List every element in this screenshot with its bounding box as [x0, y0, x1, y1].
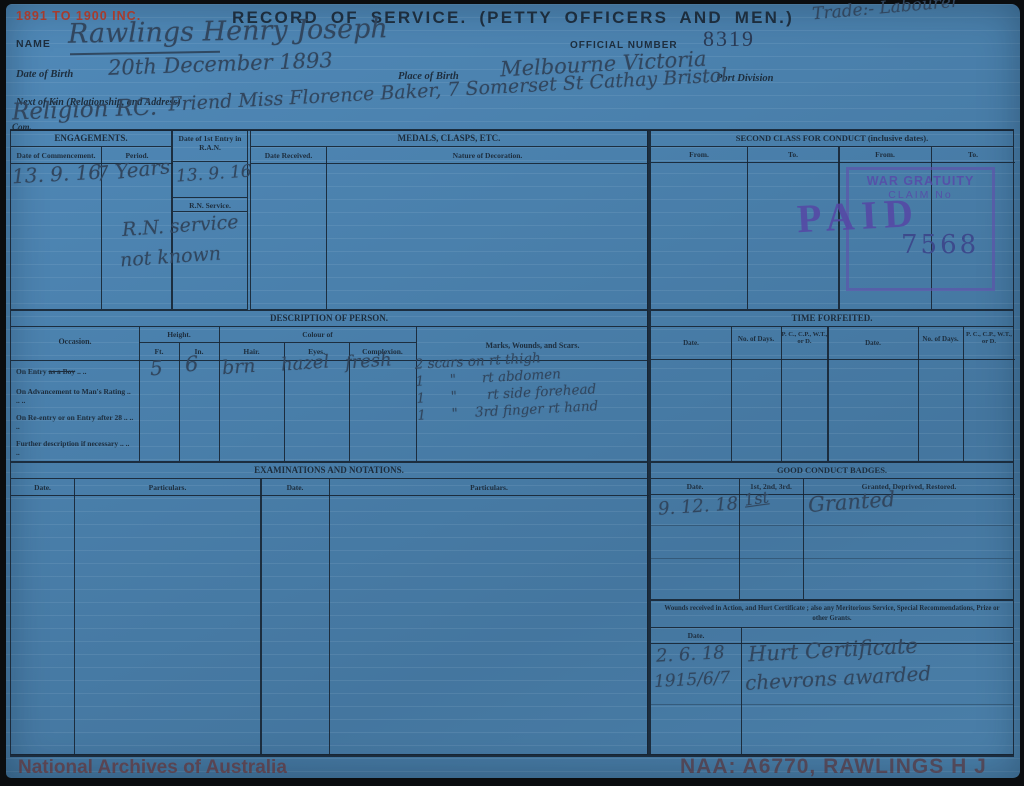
grid-line	[803, 479, 804, 599]
religion-handwriting: Religion RC.	[12, 94, 158, 125]
grid-line	[139, 327, 140, 461]
col-tf-punishment-2: P. C., C.P., W.T., or D.	[963, 327, 1015, 360]
col-to-1: To.	[747, 147, 839, 163]
good-conduct-title: GOOD CONDUCT BADGES.	[651, 463, 1013, 479]
col-occasion: Occasion.	[11, 327, 139, 360]
engagements-title: ENGAGEMENTS.	[11, 131, 171, 147]
grid-line	[781, 327, 782, 461]
grid-line	[747, 147, 748, 309]
gc-badge-handwriting: 1st	[743, 487, 770, 509]
height-ft-handwriting: 5	[149, 356, 163, 381]
war-gratuity-stamp: WAR GRATUITY CLAIM No PAID 7568	[846, 167, 995, 291]
first-entry-label: Date of 1st Entry in R.A.N.	[173, 131, 247, 162]
hair-handwriting: brn	[221, 355, 256, 379]
commencement-handwriting: 13. 9. 16	[11, 160, 101, 189]
medals-section: MEDALS, CLASPS, ETC. Date Received. Natu…	[250, 130, 648, 310]
grid-line	[739, 479, 740, 599]
height-in-handwriting: 6	[184, 352, 199, 377]
eyes-handwriting: hazel	[280, 351, 330, 375]
occasion-reentry: On Re-entry or on Entry after 28 .. .. .…	[16, 413, 134, 431]
grid-line	[731, 327, 732, 461]
time-forfeited-title: TIME FORFEITED.	[651, 311, 1013, 327]
row-line	[651, 558, 1013, 559]
col-tf-days-2: No. of Days.	[918, 327, 963, 360]
grid-line	[219, 327, 220, 461]
row-line	[651, 525, 1013, 526]
wounds-title: Wounds received in Action, and Hurt Cert…	[651, 601, 1013, 628]
complexion-handwriting: fresh	[344, 349, 392, 373]
rn-service-label: R.N. Service.	[173, 197, 247, 212]
col-from-2: From.	[839, 147, 931, 163]
watermark-left: National Archives of Australia	[18, 757, 287, 779]
scanned-record-card: 1891 TO 1900 INC. RECORD OF SERVICE. (PE…	[0, 0, 1024, 786]
grid-line	[963, 327, 964, 461]
occasion-on-entry-struck: as a Boy	[49, 367, 76, 376]
good-conduct-section: GOOD CONDUCT BADGES. Date. 1st, 2nd, 3rd…	[650, 462, 1014, 600]
grid-line	[326, 147, 327, 309]
grid-line	[74, 479, 75, 754]
wounds-date1-handwriting: 2. 6. 18	[655, 642, 725, 667]
stamp-number: 7568	[901, 230, 979, 260]
col-height: Height.	[139, 327, 219, 343]
occasion-advancement: On Advancement to Man's Rating .. .. ..	[16, 387, 134, 405]
watermark-right: NAA: A6770, RAWLINGS H J	[680, 755, 987, 779]
group-divider-line	[647, 130, 650, 755]
official-number-value: 8319	[703, 26, 755, 52]
second-class-title: SECOND CLASS FOR CONDUCT (inclusive date…	[651, 131, 1013, 147]
grid-line	[260, 479, 262, 754]
name-handwriting: Rawlings Henry Joseph	[68, 13, 388, 50]
grid-line	[179, 343, 180, 461]
stamp-line1: WAR GRATUITY	[849, 174, 992, 188]
col-gc-date: Date.	[651, 479, 739, 495]
grid-line	[741, 628, 742, 754]
medals-title: MEDALS, CLASPS, ETC.	[251, 131, 647, 147]
col-tf-date-1: Date.	[651, 327, 731, 360]
col-to-2: To.	[931, 147, 1015, 163]
dob-label: Date of Birth	[16, 69, 73, 80]
table-top-line	[10, 129, 1014, 131]
col-tf-date-2: Date.	[828, 327, 918, 360]
col-wounds-date: Date.	[651, 628, 741, 643]
wounds-date2-handwriting: 1915/6/7	[654, 668, 731, 692]
col-exam-particulars-1: Particulars.	[74, 479, 261, 496]
col-nature-of-decoration: Nature of Decoration.	[326, 147, 649, 164]
col-exam-date-2: Date.	[261, 479, 329, 496]
row-line	[651, 704, 1013, 705]
col-tf-punishment-1: P. C., C.P., W.T., or D.	[781, 327, 828, 360]
col-date-received: Date Received.	[251, 147, 326, 164]
marks-handwriting: 2 scars on rt thigh 1 " rt abdomen 1 " r…	[414, 347, 598, 424]
occasion-on-entry: On Entry as a Boy .. ..	[16, 367, 134, 376]
description-title: DESCRIPTION OF PERSON.	[11, 311, 647, 327]
col-exam-date-1: Date.	[11, 479, 74, 496]
time-forfeited-section: TIME FORFEITED. Date. No. of Days. P. C.…	[650, 310, 1014, 462]
occasion-further: Further description if necessary .. .. .…	[16, 439, 134, 457]
examinations-section: EXAMINATIONS AND NOTATIONS. Date. Partic…	[10, 462, 648, 755]
occasion-on-entry-pre: On Entry	[16, 367, 49, 376]
col-exam-particulars-2: Particulars.	[329, 479, 649, 496]
col-colour-of: Colour of	[219, 327, 416, 343]
examinations-title: EXAMINATIONS AND NOTATIONS.	[11, 463, 647, 479]
name-label: NAME	[16, 38, 51, 50]
occasion-on-entry-dots: .. ..	[75, 367, 86, 376]
grid-line	[918, 327, 919, 461]
col-tf-days-1: No. of Days.	[731, 327, 781, 360]
grid-line	[827, 327, 829, 461]
grid-line	[329, 479, 330, 754]
col-from-1: From.	[651, 147, 747, 163]
